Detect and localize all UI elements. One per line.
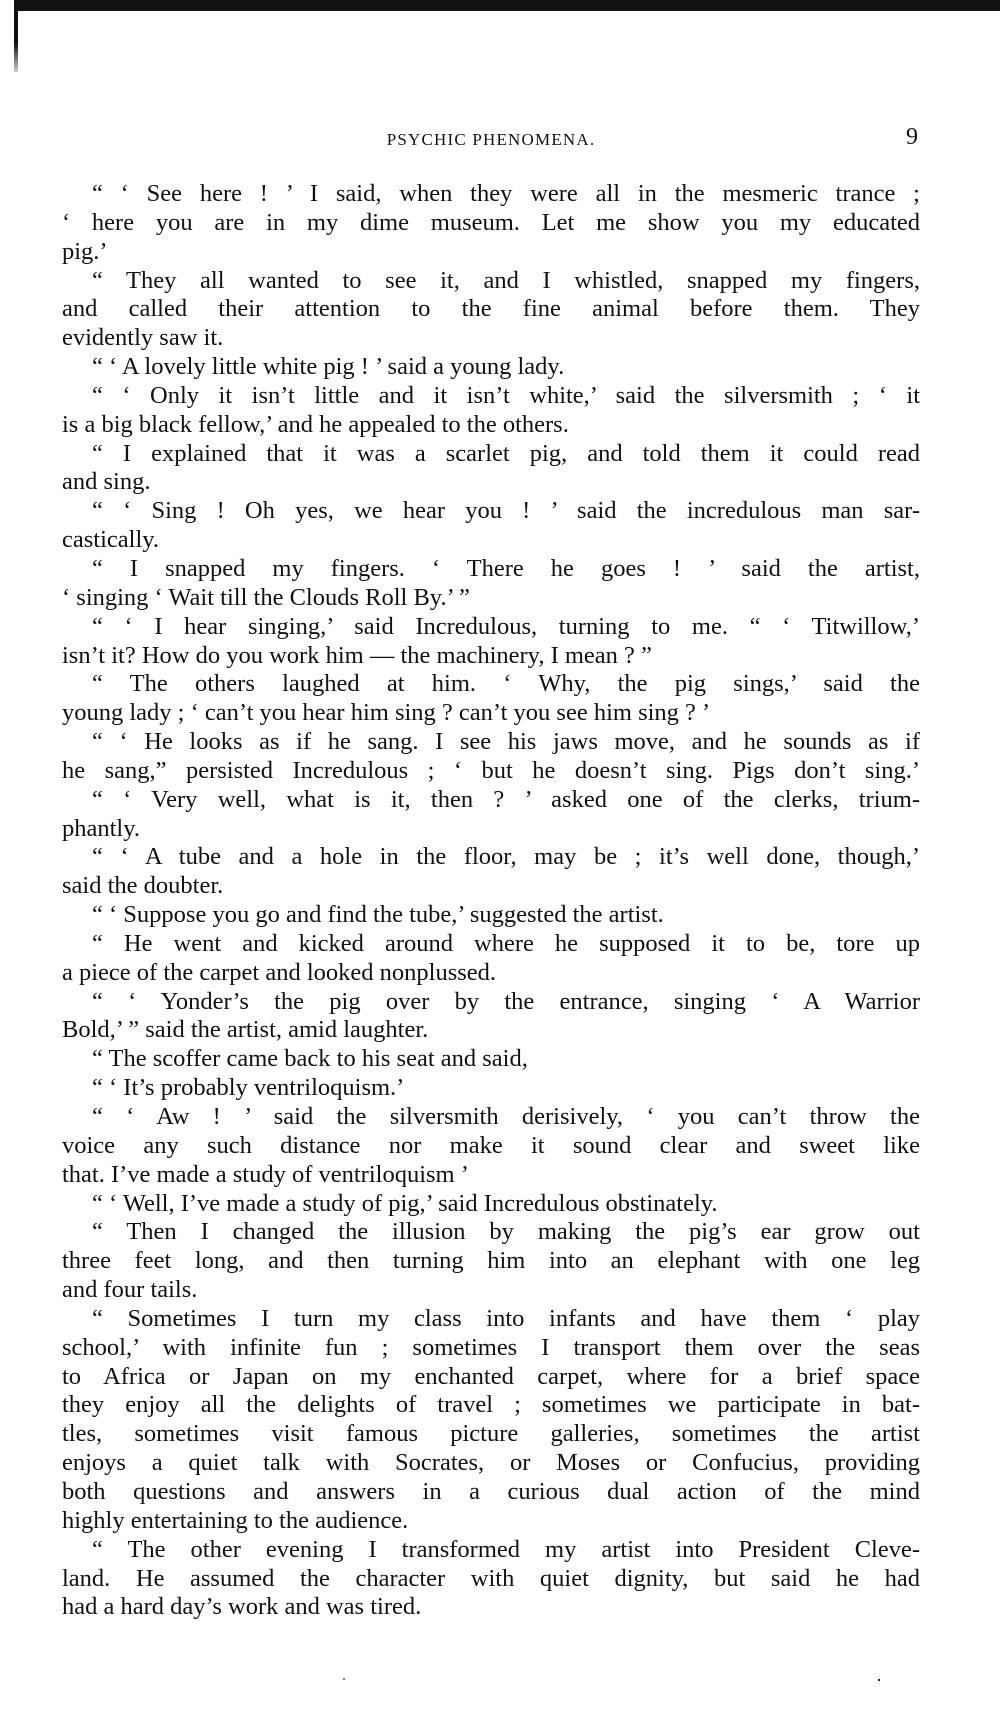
text-line: “ ‘ See here ! ’ I said, when they were …: [62, 180, 920, 209]
text-line: evidently saw it.: [62, 324, 920, 353]
running-head: PSYCHIC PHENOMENA.: [62, 130, 920, 150]
text-line: and sing.: [62, 468, 920, 497]
text-line: both questions and answers in a curious …: [62, 1478, 920, 1507]
text-line: to Africa or Japan on my enchanted carpe…: [62, 1363, 920, 1392]
text-line: “ ‘ It’s probably ventriloquism.’: [62, 1074, 920, 1103]
text-line: “ ‘ I hear singing,’ said Incredulous, t…: [62, 613, 920, 642]
text-line: phantly.: [62, 815, 920, 844]
text-line: a piece of the carpet and looked nonplus…: [62, 959, 920, 988]
text-line: and called their attention to the fine a…: [62, 295, 920, 324]
text-line: pig.’: [62, 238, 920, 267]
text-line: “ They all wanted to see it, and I whist…: [62, 267, 920, 296]
text-line: is a big black fellow,’ and he appealed …: [62, 411, 920, 440]
body-text: “ ‘ See here ! ’ I said, when they were …: [62, 180, 920, 1622]
scan-speck: [343, 1678, 345, 1680]
text-line: Bold,’ ” said the artist, amid laughter.: [62, 1016, 920, 1045]
text-line: “ I snapped my fingers. ‘ There he goes …: [62, 555, 920, 584]
text-line: young lady ; ‘ can’t you hear him sing ?…: [62, 699, 920, 728]
text-line: “ The scoffer came back to his seat and …: [62, 1045, 920, 1074]
text-line: school,’ with infinite fun ; sometimes I…: [62, 1334, 920, 1363]
text-line: highly entertaining to the audience.: [62, 1507, 920, 1536]
text-line: land. He assumed the character with quie…: [62, 1565, 920, 1594]
text-line: said the doubter.: [62, 872, 920, 901]
text-line: isn’t it? How do you work him — the mach…: [62, 642, 920, 671]
text-line: “ Sometimes I turn my class into infants…: [62, 1305, 920, 1334]
text-line: “ Then I changed the illusion by making …: [62, 1218, 920, 1247]
text-line: “ ‘ Well, I’ve made a study of pig,’ sai…: [62, 1190, 920, 1219]
text-line: ‘ here you are in my dime museum. Let me…: [62, 209, 920, 238]
text-line: “ The other evening I transformed my art…: [62, 1536, 920, 1565]
text-line: “ ‘ Sing ! Oh yes, we hear you ! ’ said …: [62, 497, 920, 526]
text-line: “ ‘ Yonder’s the pig over by the entranc…: [62, 988, 920, 1017]
text-line: “ ‘ He looks as if he sang. I see his ja…: [62, 728, 920, 757]
page-left-edge: [14, 0, 18, 72]
text-line: castically.: [62, 526, 920, 555]
scan-speck: [878, 1679, 880, 1681]
text-line: “ ‘ Very well, what is it, then ? ’ aske…: [62, 786, 920, 815]
text-line: and four tails.: [62, 1276, 920, 1305]
text-line: enjoys a quiet talk with Socrates, or Mo…: [62, 1449, 920, 1478]
page-top-border: [14, 0, 1000, 11]
text-line: “ I explained that it was a scarlet pig,…: [62, 440, 920, 469]
text-line: “ ‘ Suppose you go and find the tube,’ s…: [62, 901, 920, 930]
text-line: “ The others laughed at him. ‘ Why, the …: [62, 670, 920, 699]
text-line: “ ‘ A tube and a hole in the floor, may …: [62, 843, 920, 872]
text-line: “ He went and kicked around where he sup…: [62, 930, 920, 959]
page-header: PSYCHIC PHENOMENA. 9: [62, 124, 920, 154]
text-line: “ ‘ Only it isn’t little and it isn’t wh…: [62, 382, 920, 411]
text-line: “ ‘ Aw ! ’ said the silversmith derisive…: [62, 1103, 920, 1132]
text-line: that. I’ve made a study of ventriloquism…: [62, 1161, 920, 1190]
text-line: they enjoy all the delights of travel ; …: [62, 1391, 920, 1420]
text-line: voice any such distance nor make it soun…: [62, 1132, 920, 1161]
text-line: had a hard day’s work and was tired.: [62, 1593, 920, 1622]
text-line: “ ‘ A lovely little white pig ! ’ said a…: [62, 353, 920, 382]
page-number: 9: [906, 124, 918, 151]
text-line: tles, sometimes visit famous picture gal…: [62, 1420, 920, 1449]
text-line: he sang,” persisted Incredulous ; ‘ but …: [62, 757, 920, 786]
text-line: three feet long, and then turning him in…: [62, 1247, 920, 1276]
text-line: ‘ singing ‘ Wait till the Clouds Roll By…: [62, 584, 920, 613]
